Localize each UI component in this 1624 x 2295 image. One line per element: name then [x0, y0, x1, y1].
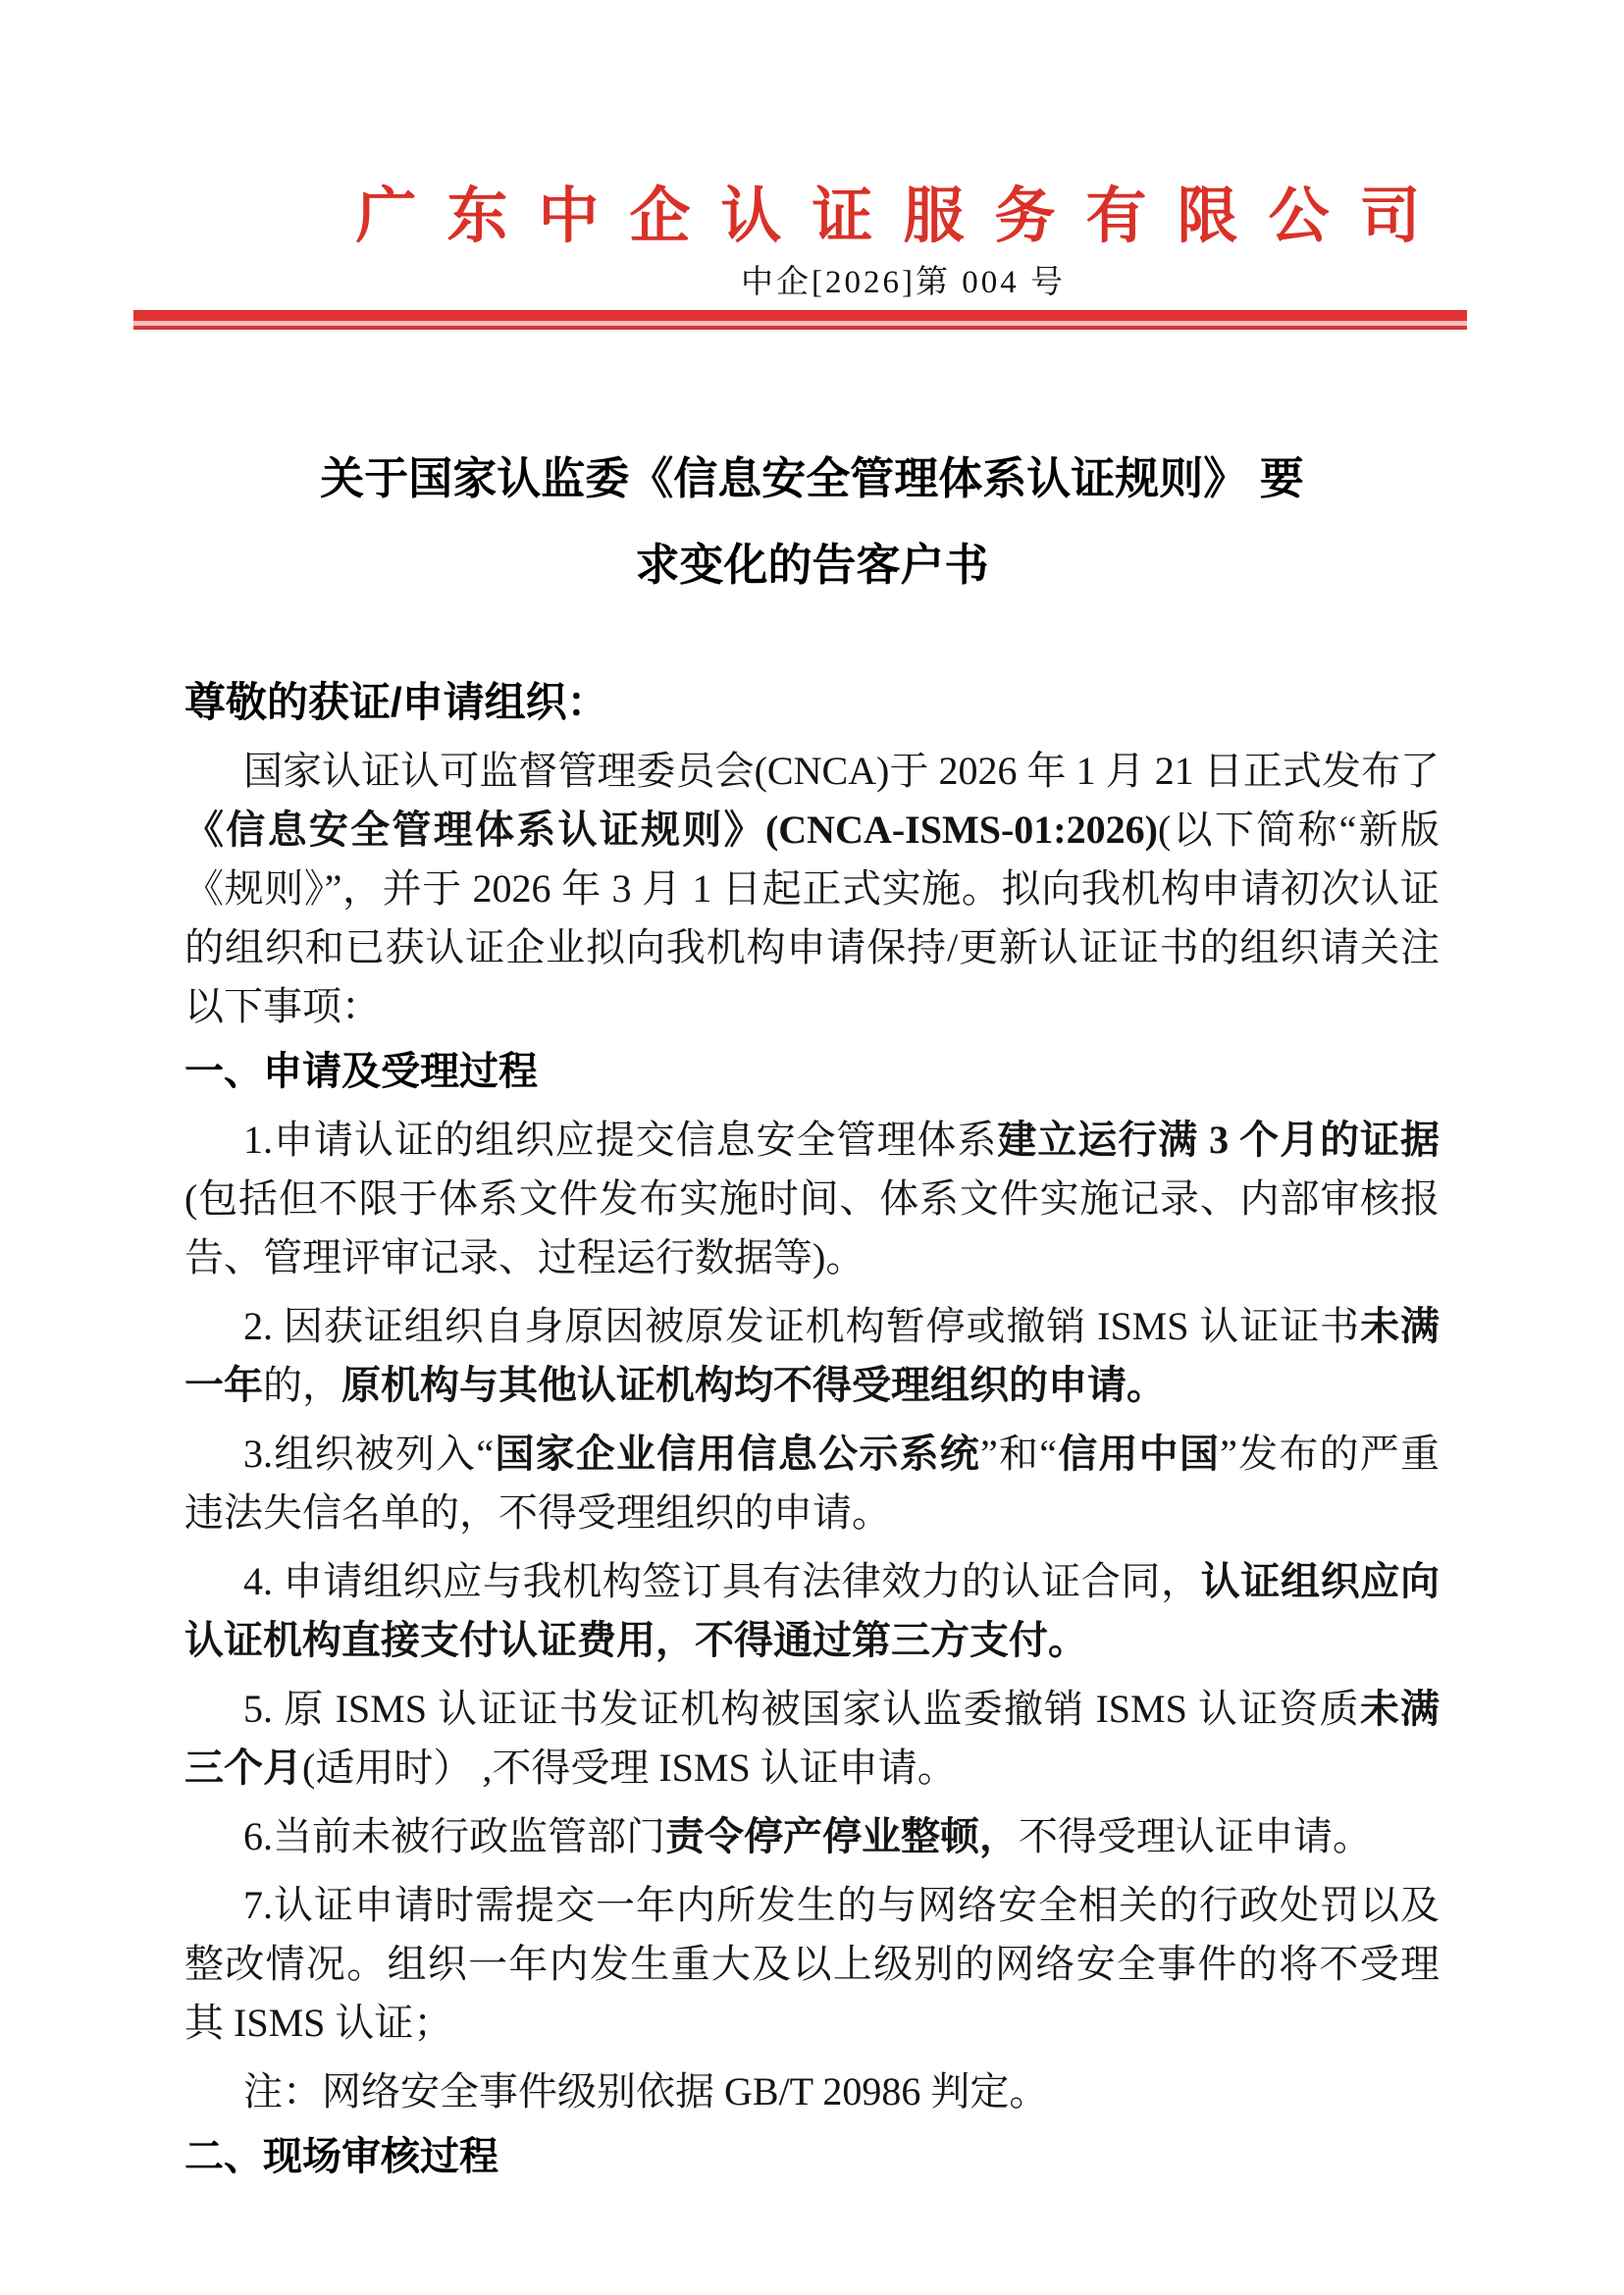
- company-name: 广东中企认证服务有限公司: [183, 186, 1624, 247]
- body-paragraph: 7.认证申请时需提交一年内所发生的与网络安全相关的行政处罚以及整改情况。组织一年…: [184, 1876, 1440, 2053]
- body-paragraph: 4. 申请组织应与我机构签订具有法律效力的认证合同，认证组织应向认证机构直接支付…: [184, 1552, 1440, 1670]
- body-paragraph: 1.申请认证的组织应提交信息安全管理体系建立运行满 3 个月的证据(包括但不限于…: [184, 1111, 1440, 1287]
- salutation: 尊敬的获证/申请组织：: [184, 673, 1440, 732]
- document-body: 国家认证认可监督管理委员会(CNCA)于 2026 年 1 月 21 日正式发布…: [184, 742, 1440, 2186]
- body-paragraph: 3.组织被列入“国家企业信用信息公示系统”和“信用中国”发布的严重违法失信名单的…: [184, 1425, 1440, 1542]
- red-divider-bottom-stripe: [133, 326, 1467, 330]
- body-paragraph: 6.当前未被行政监管部门责令停产停业整顿，不得受理认证申请。: [184, 1807, 1440, 1866]
- letterhead: 广东中企认证服务有限公司 中企[2026]第 004 号: [183, 0, 1624, 302]
- document-page: 广东中企认证服务有限公司 中企[2026]第 004 号 关于国家认监委《信息安…: [0, 0, 1624, 2295]
- section-heading: 一、申请及受理过程: [184, 1042, 1440, 1101]
- red-divider-top-stripe: [133, 310, 1467, 321]
- document-title: 关于国家认监委《信息安全管理体系认证规则》 要 求变化的告客户书: [184, 436, 1440, 608]
- body-paragraph: 2. 因获证组织自身原因被原发证机构暂停或撤销 ISMS 认证证书未满一年的，原…: [184, 1297, 1440, 1415]
- body-paragraph: 5. 原 ISMS 认证证书发证机构被国家认监委撤销 ISMS 认证资质未满三个…: [184, 1680, 1440, 1798]
- document-title-line1: 关于国家认监委《信息安全管理体系认证规则》 要: [184, 436, 1440, 522]
- red-divider: [133, 310, 1467, 330]
- body-paragraph: 注：网络安全事件级别依据 GB/T 20986 判定。: [184, 2062, 1440, 2121]
- document-title-line2: 求变化的告客户书: [184, 522, 1440, 608]
- body-paragraph: 国家认证认可监督管理委员会(CNCA)于 2026 年 1 月 21 日正式发布…: [184, 742, 1440, 1036]
- section-heading: 二、现场审核过程: [184, 2127, 1440, 2186]
- document-number: 中企[2026]第 004 号: [183, 263, 1624, 302]
